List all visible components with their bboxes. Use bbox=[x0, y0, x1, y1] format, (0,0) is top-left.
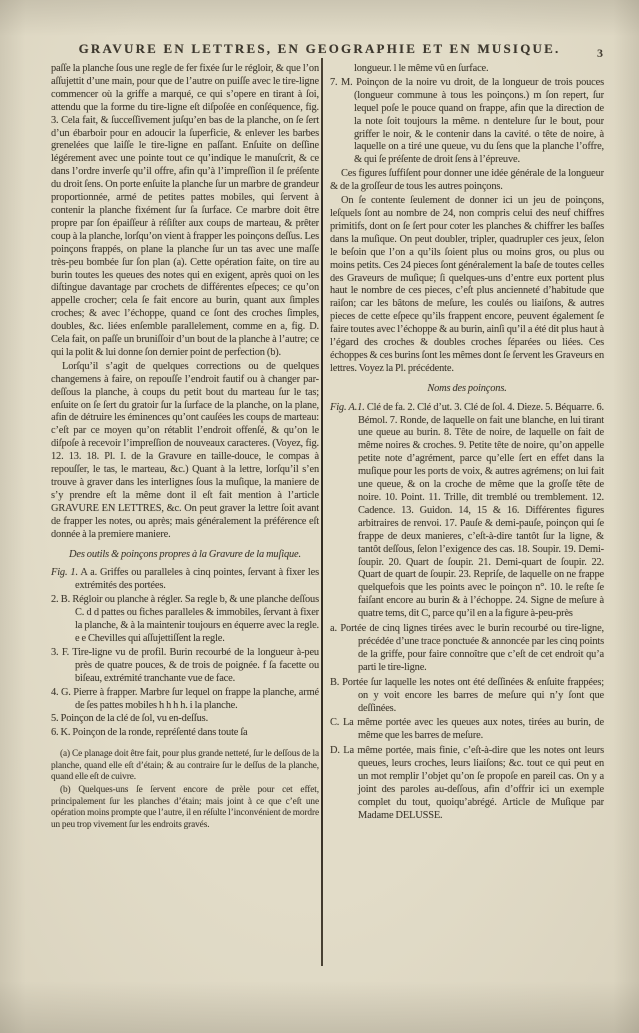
section-heading: Noms des poinçons. bbox=[346, 383, 588, 396]
left-column: paſſe la planche ſous une regle de fer f… bbox=[51, 63, 319, 831]
figure-label: a. bbox=[330, 623, 337, 634]
figure-item: 6. K. Poinçon de la ronde, repréſenté da… bbox=[51, 727, 319, 740]
figure-item: 3. F. Tire-ligne vu de profil. Burin rec… bbox=[51, 647, 319, 686]
figure-label: B. bbox=[330, 677, 339, 688]
figure-text: La même portée avec les queues aux notes… bbox=[343, 717, 604, 741]
figure-item: D. La même portée, mais finie, c’eſt-à-d… bbox=[330, 745, 604, 822]
scanned-page: GRAVURE EN LETTRES, EN GEOGRAPHIE ET EN … bbox=[0, 0, 639, 1033]
paragraph: Lorſqu’il s’agit de quelques corrections… bbox=[51, 361, 319, 542]
running-header: GRAVURE EN LETTRES, EN GEOGRAPHIE ET EN … bbox=[0, 40, 639, 58]
column-divider bbox=[321, 58, 323, 966]
figure-label: 4. G. bbox=[51, 687, 71, 698]
figure-item: a. Portée de cinq lignes tirées avec le … bbox=[330, 623, 604, 675]
figure-text: Régloir ou planche à régler. Sa regle b,… bbox=[72, 594, 319, 644]
paragraph: Ces figures ſuffiſent pour donner une id… bbox=[330, 168, 604, 194]
right-column: longueur. l le même vû en ſurface. 7. M.… bbox=[330, 63, 604, 823]
figure-label: 5. bbox=[51, 713, 59, 724]
figure-label: Fig. A.1. bbox=[330, 402, 365, 413]
figure-item: Fig. 1. A a. Griffes ou paralleles à cin… bbox=[51, 567, 319, 593]
footnotes: (a) Ce planage doit être fait, pour plus… bbox=[51, 749, 319, 831]
figure-item: 4. G. Pierre à frapper. Marbre ſur leque… bbox=[51, 687, 319, 713]
figure-label: Fig. 1. bbox=[51, 567, 78, 578]
page-title: GRAVURE EN LETTRES, EN GEOGRAPHIE ET EN … bbox=[79, 41, 561, 56]
figure-text: Poinçon de la noire vu droit, de la long… bbox=[354, 77, 604, 165]
figure-item: B. Portée ſur laquelle les notes ont été… bbox=[330, 677, 604, 716]
figure-label: 7. M. bbox=[330, 77, 353, 88]
figure-text: Tire-ligne vu de profil. Burin recourbé … bbox=[72, 647, 319, 684]
figure-label: 6. K. bbox=[51, 727, 70, 738]
figure-label: 3. F. bbox=[51, 647, 69, 658]
figure-text: Poinçon de la clé de ſol, vu en-deſſus. bbox=[61, 713, 208, 724]
paragraph: On ſe contente ſeulement de donner ici u… bbox=[330, 195, 604, 376]
figure-text: A a. Griffes ou paralleles à cinq pointe… bbox=[75, 567, 319, 591]
figure-text: Portée de cinq lignes tirées avec le bur… bbox=[340, 623, 604, 673]
figure-label: 2. B. bbox=[51, 594, 70, 605]
figure-item: 7. M. Poinçon de la noire vu droit, de l… bbox=[330, 77, 604, 167]
figure-item: Fig. A.1. Clé de fa. 2. Clé d’ut. 3. Clé… bbox=[330, 402, 604, 621]
figure-item: C. La même portée avec les queues aux no… bbox=[330, 717, 604, 743]
figure-label: D. bbox=[330, 745, 340, 756]
figure-text: Poinçon de la ronde, repréſenté dans tou… bbox=[72, 727, 247, 738]
figure-text: Clé de fa. 2. Clé d’ut. 3. Clé de ſol. 4… bbox=[358, 402, 604, 620]
page-number: 3 bbox=[597, 46, 603, 61]
footnote: (b) Quelques-uns ſe ſervent encore de pr… bbox=[51, 785, 319, 831]
figure-text: Pierre à frapper. Marbre ſur lequel on f… bbox=[73, 687, 319, 711]
figure-continuation: longueur. l le même vû en ſurface. bbox=[330, 63, 604, 76]
figure-item: 2. B. Régloir ou planche à régler. Sa re… bbox=[51, 594, 319, 646]
paragraph: paſſe la planche ſous une regle de fer f… bbox=[51, 63, 319, 360]
figure-item: 5. Poinçon de la clé de ſol, vu en-deſſu… bbox=[51, 713, 319, 726]
footnote: (a) Ce planage doit être fait, pour plus… bbox=[51, 749, 319, 784]
figure-label: C. bbox=[330, 717, 339, 728]
figure-text: La même portée, mais finie, c’eſt-à-dire… bbox=[343, 745, 604, 821]
section-heading: Des outils & poinçons propres à la Gravu… bbox=[67, 549, 303, 562]
figure-text: Portée ſur laquelle les notes ont été de… bbox=[342, 677, 604, 714]
